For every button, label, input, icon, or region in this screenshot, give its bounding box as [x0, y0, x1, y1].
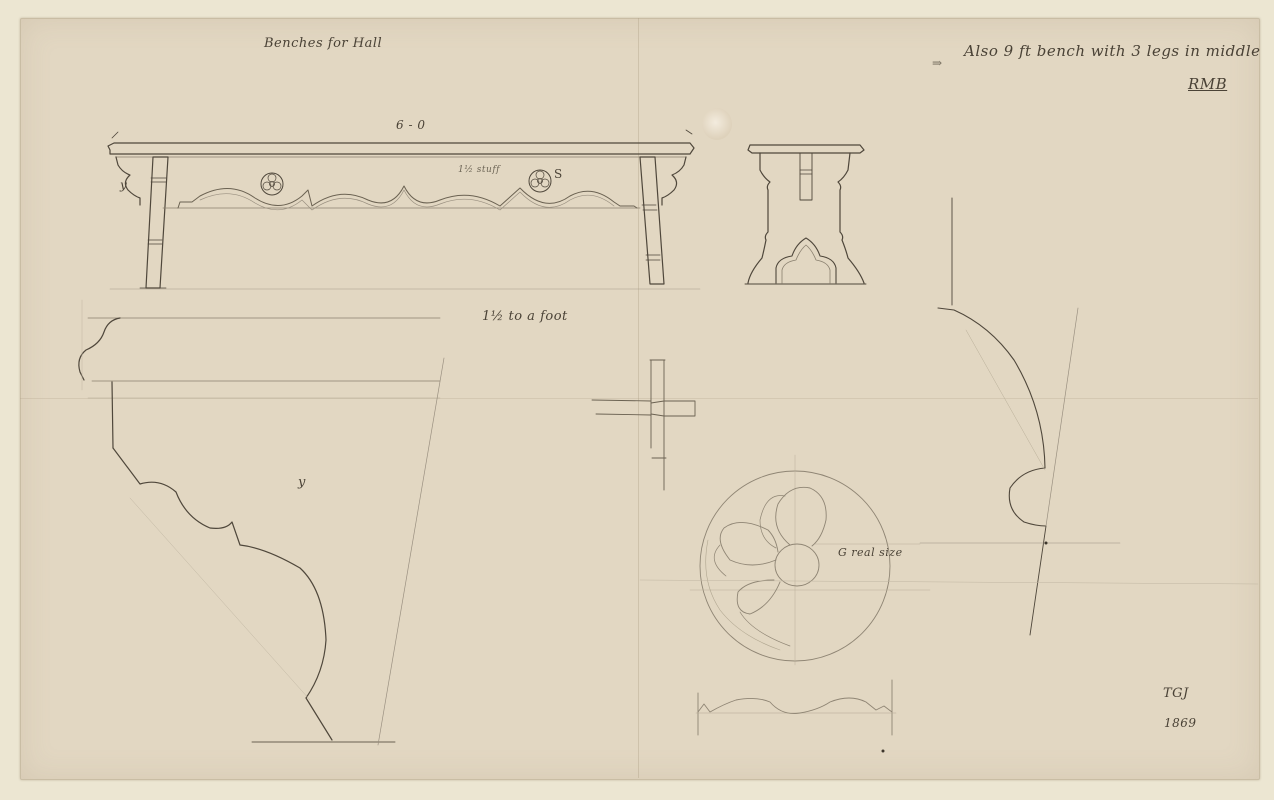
- bracket-mark-large: y: [298, 475, 306, 490]
- title-annotation: Benches for Hall: [264, 36, 382, 51]
- arrow-mark: ⇒: [932, 56, 943, 70]
- length-dimension-annotation: 6 - 0: [396, 118, 425, 132]
- bench-variant-annotation: Also 9 ft bench with 3 legs in middle: [964, 42, 1261, 60]
- bracket-mark-small: y: [120, 178, 127, 192]
- year-annotation: 1869: [1164, 716, 1197, 730]
- scale-annotation: 1½ to a foot: [482, 309, 568, 324]
- ink-dot: [882, 750, 885, 753]
- carving-size-annotation: G real size: [838, 546, 903, 559]
- rosette-mark-annotation: S: [554, 167, 563, 181]
- rail-stuff-annotation: 1½ stuff: [458, 165, 500, 175]
- joint-detail: [592, 360, 695, 490]
- front-elevation: [108, 130, 700, 289]
- end-elevation: [745, 145, 866, 284]
- moulding-profile: [640, 198, 1258, 635]
- initials-annotation: RMB: [1188, 75, 1227, 93]
- bracket-profile: [79, 300, 444, 745]
- technical-drawing: [0, 0, 1274, 800]
- monogram-signature: TGJ: [1163, 686, 1189, 701]
- rosette-detail: [690, 455, 930, 665]
- rail-profile: [696, 680, 896, 735]
